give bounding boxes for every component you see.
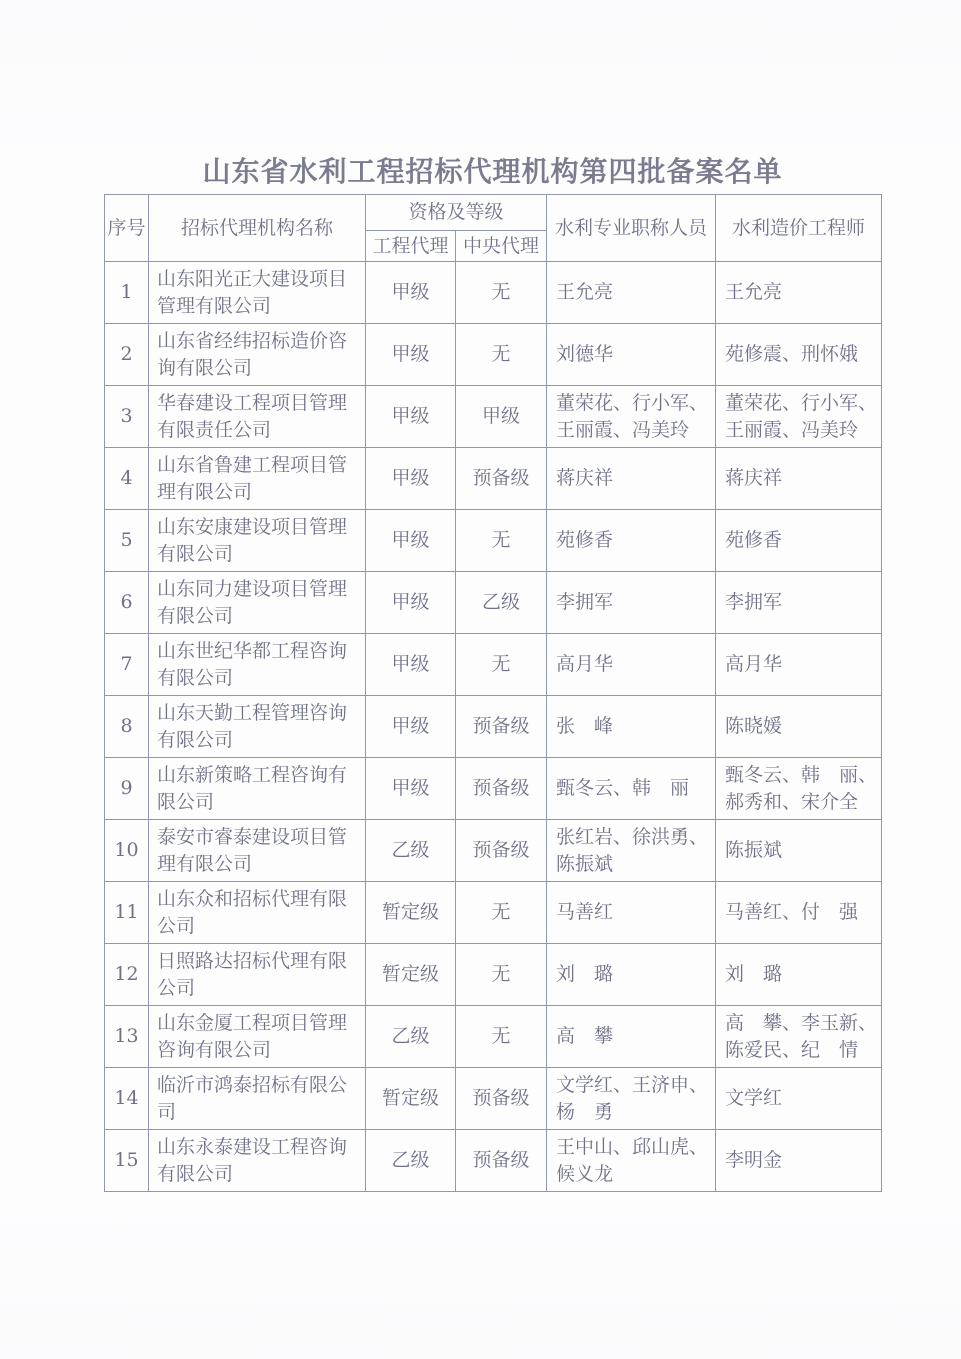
professional-staff-cell: 刘德华 <box>547 324 716 386</box>
central-grade-cell: 甲级 <box>456 386 547 448</box>
cost-engineer-cell: 马善红、付 强 <box>716 882 882 944</box>
engineering-grade-cell: 暂定级 <box>366 944 456 1006</box>
agency-name-cell: 山东永泰建设工程咨询有限公司 <box>149 1130 366 1192</box>
engineering-grade-cell: 甲级 <box>366 758 456 820</box>
header-qualification-group: 资格及等级 <box>366 195 547 231</box>
agency-name-cell: 山东阳光正大建设项目管理有限公司 <box>149 262 366 324</box>
professional-staff-cell: 张 峰 <box>547 696 716 758</box>
agency-name-cell: 山东安康建设项目管理有限公司 <box>149 510 366 572</box>
cost-engineer-cell: 苑修震、刑怀娥 <box>716 324 882 386</box>
central-grade-cell: 无 <box>456 324 547 386</box>
index-cell: 3 <box>105 386 149 448</box>
central-grade-cell: 无 <box>456 944 547 1006</box>
header-engineering-agency: 工程代理 <box>366 231 456 262</box>
table-header: 序号 招标代理机构名称 资格及等级 水利专业职称人员 水利造价工程师 工程代理 … <box>105 195 882 262</box>
agency-name-cell: 华春建设工程项目管理有限责任公司 <box>149 386 366 448</box>
table-row: 12日照路达招标代理有限公司暂定级无刘 璐刘 璐 <box>105 944 882 1006</box>
table-row: 1山东阳光正大建设项目管理有限公司甲级无王允亮王允亮 <box>105 262 882 324</box>
professional-staff-cell: 甄冬云、韩 丽 <box>547 758 716 820</box>
table-row: 10泰安市睿泰建设项目管理有限公司乙级预备级张红岩、徐洪勇、陈振斌陈振斌 <box>105 820 882 882</box>
professional-staff-cell: 文学红、王济申、杨 勇 <box>547 1068 716 1130</box>
professional-staff-cell: 王中山、邱山虎、候义龙 <box>547 1130 716 1192</box>
professional-staff-cell: 董荣花、行小军、王丽霞、冯美玲 <box>547 386 716 448</box>
agency-name-cell: 山东天勤工程管理咨询有限公司 <box>149 696 366 758</box>
index-cell: 8 <box>105 696 149 758</box>
table-row: 3华春建设工程项目管理有限责任公司甲级甲级董荣花、行小军、王丽霞、冯美玲董荣花、… <box>105 386 882 448</box>
header-professional-staff: 水利专业职称人员 <box>547 195 716 262</box>
index-cell: 1 <box>105 262 149 324</box>
cost-engineer-cell: 李拥军 <box>716 572 882 634</box>
cost-engineer-cell: 苑修香 <box>716 510 882 572</box>
central-grade-cell: 无 <box>456 510 547 572</box>
index-cell: 7 <box>105 634 149 696</box>
engineering-grade-cell: 乙级 <box>366 1130 456 1192</box>
table-row: 4山东省鲁建工程项目管理有限公司甲级预备级蒋庆祥蒋庆祥 <box>105 448 882 510</box>
professional-staff-cell: 刘 璐 <box>547 944 716 1006</box>
central-grade-cell: 预备级 <box>456 1130 547 1192</box>
professional-staff-cell: 王允亮 <box>547 262 716 324</box>
table-row: 11山东众和招标代理有限公司暂定级无马善红马善红、付 强 <box>105 882 882 944</box>
agency-name-cell: 临沂市鸿泰招标有限公司 <box>149 1068 366 1130</box>
engineering-grade-cell: 乙级 <box>366 820 456 882</box>
central-grade-cell: 乙级 <box>456 572 547 634</box>
index-cell: 5 <box>105 510 149 572</box>
cost-engineer-cell: 董荣花、行小军、王丽霞、冯美玲 <box>716 386 882 448</box>
table-row: 9山东新策略工程咨询有限公司甲级预备级甄冬云、韩 丽甄冬云、韩 丽、郝秀和、宋介… <box>105 758 882 820</box>
professional-staff-cell: 苑修香 <box>547 510 716 572</box>
engineering-grade-cell: 甲级 <box>366 510 456 572</box>
header-central-agency: 中央代理 <box>456 231 547 262</box>
header-agency-name: 招标代理机构名称 <box>149 195 366 262</box>
cost-engineer-cell: 文学红 <box>716 1068 882 1130</box>
cost-engineer-cell: 陈晓媛 <box>716 696 882 758</box>
index-cell: 13 <box>105 1006 149 1068</box>
agency-name-cell: 日照路达招标代理有限公司 <box>149 944 366 1006</box>
engineering-grade-cell: 甲级 <box>366 696 456 758</box>
central-grade-cell: 预备级 <box>456 758 547 820</box>
index-cell: 10 <box>105 820 149 882</box>
cost-engineer-cell: 王允亮 <box>716 262 882 324</box>
central-grade-cell: 无 <box>456 262 547 324</box>
table-row: 5山东安康建设项目管理有限公司甲级无苑修香苑修香 <box>105 510 882 572</box>
engineering-grade-cell: 暂定级 <box>366 1068 456 1130</box>
index-cell: 15 <box>105 1130 149 1192</box>
professional-staff-cell: 蒋庆祥 <box>547 448 716 510</box>
central-grade-cell: 预备级 <box>456 1068 547 1130</box>
agency-name-cell: 山东省鲁建工程项目管理有限公司 <box>149 448 366 510</box>
agency-name-cell: 山东同力建设项目管理有限公司 <box>149 572 366 634</box>
engineering-grade-cell: 甲级 <box>366 262 456 324</box>
engineering-grade-cell: 甲级 <box>366 448 456 510</box>
central-grade-cell: 预备级 <box>456 820 547 882</box>
central-grade-cell: 无 <box>456 634 547 696</box>
professional-staff-cell: 李拥军 <box>547 572 716 634</box>
engineering-grade-cell: 甲级 <box>366 634 456 696</box>
header-index: 序号 <box>105 195 149 262</box>
index-cell: 6 <box>105 572 149 634</box>
index-cell: 12 <box>105 944 149 1006</box>
index-cell: 4 <box>105 448 149 510</box>
agency-name-cell: 泰安市睿泰建设项目管理有限公司 <box>149 820 366 882</box>
index-cell: 14 <box>105 1068 149 1130</box>
table-row: 15山东永泰建设工程咨询有限公司乙级预备级王中山、邱山虎、候义龙李明金 <box>105 1130 882 1192</box>
central-grade-cell: 无 <box>456 882 547 944</box>
page-title: 山东省水利工程招标代理机构第四批备案名单 <box>104 150 881 190</box>
index-cell: 2 <box>105 324 149 386</box>
table-row: 7山东世纪华都工程咨询有限公司甲级无高月华高月华 <box>105 634 882 696</box>
engineering-grade-cell: 暂定级 <box>366 882 456 944</box>
filing-table: 序号 招标代理机构名称 资格及等级 水利专业职称人员 水利造价工程师 工程代理 … <box>104 194 882 1192</box>
cost-engineer-cell: 高月华 <box>716 634 882 696</box>
engineering-grade-cell: 甲级 <box>366 572 456 634</box>
table-row: 2山东省经纬招标造价咨询有限公司甲级无刘德华苑修震、刑怀娥 <box>105 324 882 386</box>
table-row: 13山东金厦工程项目管理咨询有限公司乙级无高 攀高 攀、李玉新、陈爱民、纪 情 <box>105 1006 882 1068</box>
index-cell: 11 <box>105 882 149 944</box>
professional-staff-cell: 张红岩、徐洪勇、陈振斌 <box>547 820 716 882</box>
agency-name-cell: 山东众和招标代理有限公司 <box>149 882 366 944</box>
professional-staff-cell: 马善红 <box>547 882 716 944</box>
professional-staff-cell: 高月华 <box>547 634 716 696</box>
cost-engineer-cell: 李明金 <box>716 1130 882 1192</box>
agency-name-cell: 山东省经纬招标造价咨询有限公司 <box>149 324 366 386</box>
central-grade-cell: 预备级 <box>456 696 547 758</box>
engineering-grade-cell: 甲级 <box>366 324 456 386</box>
professional-staff-cell: 高 攀 <box>547 1006 716 1068</box>
agency-name-cell: 山东世纪华都工程咨询有限公司 <box>149 634 366 696</box>
cost-engineer-cell: 高 攀、李玉新、陈爱民、纪 情 <box>716 1006 882 1068</box>
index-cell: 9 <box>105 758 149 820</box>
header-row-top: 序号 招标代理机构名称 资格及等级 水利专业职称人员 水利造价工程师 <box>105 195 882 231</box>
table-row: 14临沂市鸿泰招标有限公司暂定级预备级文学红、王济申、杨 勇文学红 <box>105 1068 882 1130</box>
cost-engineer-cell: 甄冬云、韩 丽、郝秀和、宋介全 <box>716 758 882 820</box>
table-row: 6山东同力建设项目管理有限公司甲级乙级李拥军李拥军 <box>105 572 882 634</box>
central-grade-cell: 无 <box>456 1006 547 1068</box>
cost-engineer-cell: 蒋庆祥 <box>716 448 882 510</box>
agency-name-cell: 山东金厦工程项目管理咨询有限公司 <box>149 1006 366 1068</box>
central-grade-cell: 预备级 <box>456 448 547 510</box>
table-row: 8山东天勤工程管理咨询有限公司甲级预备级张 峰陈晓媛 <box>105 696 882 758</box>
engineering-grade-cell: 甲级 <box>366 386 456 448</box>
header-cost-engineer: 水利造价工程师 <box>716 195 882 262</box>
cost-engineer-cell: 陈振斌 <box>716 820 882 882</box>
cost-engineer-cell: 刘 璐 <box>716 944 882 1006</box>
engineering-grade-cell: 乙级 <box>366 1006 456 1068</box>
table-body: 1山东阳光正大建设项目管理有限公司甲级无王允亮王允亮2山东省经纬招标造价咨询有限… <box>105 262 882 1192</box>
agency-name-cell: 山东新策略工程咨询有限公司 <box>149 758 366 820</box>
